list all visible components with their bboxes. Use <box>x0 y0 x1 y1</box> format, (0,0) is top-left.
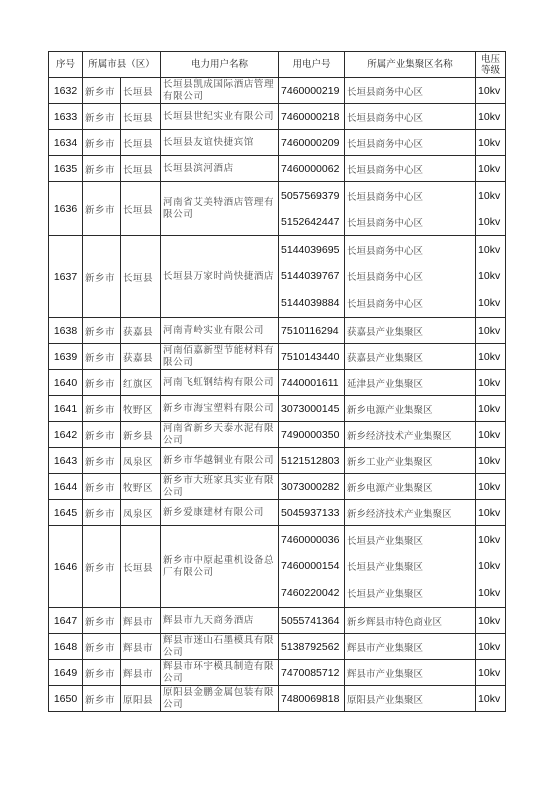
user-name-cell: 河南飞虹钢结构有限公司 <box>161 370 279 396</box>
user-name-cell: 辉县市九天商务酒店 <box>161 608 279 634</box>
voltage-value: 10kv <box>478 163 503 175</box>
voltage-value: 10kv <box>478 377 503 389</box>
seq-cell: 1645 <box>49 500 83 526</box>
voltage-value: 10kv <box>478 429 503 441</box>
voltage-value: 10kv <box>478 403 503 415</box>
zone-value: 长垣县商务中心区 <box>347 189 473 203</box>
account-value: 5144039884 <box>281 297 342 309</box>
city-cell: 新乡市 <box>83 318 121 344</box>
zone-cell: 新乡电源产业集聚区 <box>345 474 476 500</box>
city-cell: 新乡市 <box>83 156 121 182</box>
zone-cell: 长垣县商务中心区 <box>345 130 476 156</box>
account-value: 7460220042 <box>281 587 342 599</box>
user-name-cell: 新乡市大班家具实业有限公司 <box>161 474 279 500</box>
table-row: 1639新乡市获嘉县河南佰嘉新型节能材料有限公司7510143440获嘉县产业集… <box>49 344 506 370</box>
voltage-cell: 10kv <box>476 422 506 448</box>
seq-cell: 1648 <box>49 634 83 660</box>
zone-cell: 长垣县商务中心区长垣县商务中心区长垣县商务中心区 <box>345 236 476 318</box>
header-row: 序号 所属市县（区） 电力用户名称 用电户号 所属产业集聚区名称 电压等级 <box>49 52 506 78</box>
voltage-cell: 10kv10kv <box>476 182 506 236</box>
county-cell: 长垣县 <box>121 526 161 608</box>
county-cell: 获嘉县 <box>121 318 161 344</box>
city-cell: 新乡市 <box>83 526 121 608</box>
zone-value: 获嘉县产业集聚区 <box>347 324 473 338</box>
account-value: 7460000154 <box>281 560 342 572</box>
table-row: 1643新乡市凤泉区新乡市华越铜业有限公司5121512803新乡工业产业集聚区… <box>49 448 506 474</box>
city-cell: 新乡市 <box>83 422 121 448</box>
voltage-value: 10kv <box>478 325 503 337</box>
table-row: 1647新乡市辉县市辉县市九天商务酒店5055741364新乡辉县市特色商业区1… <box>49 608 506 634</box>
voltage-value: 10kv <box>478 481 503 493</box>
user-name-cell: 新乡市海宝塑料有限公司 <box>161 396 279 422</box>
zone-cell: 延津县产业集聚区 <box>345 370 476 396</box>
table-body: 1632新乡市长垣县长垣县凯成国际酒店管理有限公司7460000219长垣县商务… <box>49 78 506 712</box>
city-cell: 新乡市 <box>83 104 121 130</box>
account-cell: 3073000282 <box>279 474 345 500</box>
account-value: 3073000145 <box>281 403 342 415</box>
seq-cell: 1636 <box>49 182 83 236</box>
zone-value: 长垣县商务中心区 <box>347 110 473 124</box>
seq-cell: 1638 <box>49 318 83 344</box>
zone-cell: 新乡经济技术产业集聚区 <box>345 500 476 526</box>
account-value: 5045937133 <box>281 507 342 519</box>
voltage-value: 10kv <box>478 507 503 519</box>
account-cell: 7460000218 <box>279 104 345 130</box>
county-cell: 长垣县 <box>121 156 161 182</box>
voltage-cell: 10kv <box>476 474 506 500</box>
seq-cell: 1635 <box>49 156 83 182</box>
user-name-cell: 长垣县友谊快捷宾馆 <box>161 130 279 156</box>
county-cell: 牧野区 <box>121 474 161 500</box>
zone-cell: 新乡经济技术产业集聚区 <box>345 422 476 448</box>
account-cell: 50575693795152642447 <box>279 182 345 236</box>
seq-cell: 1650 <box>49 686 83 712</box>
city-cell: 新乡市 <box>83 686 121 712</box>
zone-cell: 长垣县商务中心区 <box>345 78 476 104</box>
voltage-value: 10kv <box>478 244 503 256</box>
city-cell: 新乡市 <box>83 130 121 156</box>
account-cell: 7460000219 <box>279 78 345 104</box>
user-name-cell: 长垣县凯成国际酒店管理有限公司 <box>161 78 279 104</box>
table-row: 1646新乡市长垣县新乡市中原起重机设备总厂有限公司74600000367460… <box>49 526 506 608</box>
seq-cell: 1647 <box>49 608 83 634</box>
voltage-cell: 10kv10kv10kv <box>476 526 506 608</box>
seq-cell: 1644 <box>49 474 83 500</box>
voltage-cell: 10kv <box>476 396 506 422</box>
county-cell: 凤泉区 <box>121 500 161 526</box>
user-name-cell: 新乡市中原起重机设备总厂有限公司 <box>161 526 279 608</box>
voltage-cell: 10kv <box>476 500 506 526</box>
zone-cell: 新乡工业产业集聚区 <box>345 448 476 474</box>
zone-value: 长垣县商务中心区 <box>347 215 473 229</box>
account-cell: 7460000209 <box>279 130 345 156</box>
zone-value: 新乡经济技术产业集聚区 <box>347 428 473 442</box>
zone-cell: 长垣县商务中心区 <box>345 156 476 182</box>
voltage-value: 10kv <box>478 190 503 202</box>
voltage-value: 10kv <box>478 641 503 653</box>
user-name-cell: 原阳县金鹏金属包装有限公司 <box>161 686 279 712</box>
table-row: 1645新乡市凤泉区新乡爱康建材有限公司5045937133新乡经济技术产业集聚… <box>49 500 506 526</box>
voltage-value: 10kv <box>478 455 503 467</box>
seq-cell: 1634 <box>49 130 83 156</box>
account-value: 7460000219 <box>281 85 342 97</box>
account-value: 5144039767 <box>281 270 342 282</box>
zone-value: 新乡辉县市特色商业区 <box>347 614 473 628</box>
city-cell: 新乡市 <box>83 608 121 634</box>
user-name-cell: 长垣县万家时尚快捷酒店 <box>161 236 279 318</box>
zone-value: 延津县产业集聚区 <box>347 376 473 390</box>
zone-value: 原阳县产业集聚区 <box>347 692 473 706</box>
zone-value: 长垣县商务中心区 <box>347 136 473 150</box>
account-cell: 7510116294 <box>279 318 345 344</box>
county-cell: 新乡县 <box>121 422 161 448</box>
zone-cell: 新乡辉县市特色商业区 <box>345 608 476 634</box>
voltage-value: 10kv <box>478 85 503 97</box>
voltage-value: 10kv <box>478 270 503 282</box>
table-row: 1648新乡市辉县市辉县市迷山石墨模具有限公司5138792562辉县市产业集聚… <box>49 634 506 660</box>
header-zone: 所属产业集聚区名称 <box>345 52 476 78</box>
voltage-value: 10kv <box>478 111 503 123</box>
account-value: 3073000282 <box>281 481 342 493</box>
table-row: 1638新乡市获嘉县河南青岭实业有限公司7510116294获嘉县产业集聚区10… <box>49 318 506 344</box>
user-name-cell: 长垣县世纪实业有限公司 <box>161 104 279 130</box>
user-name-cell: 长垣县滨河酒店 <box>161 156 279 182</box>
zone-cell: 获嘉县产业集聚区 <box>345 344 476 370</box>
account-cell: 5121512803 <box>279 448 345 474</box>
user-name-cell: 辉县市环宇模具制造有限公司 <box>161 660 279 686</box>
table-row: 1634新乡市长垣县长垣县友谊快捷宾馆7460000209长垣县商务中心区10k… <box>49 130 506 156</box>
header-seq: 序号 <box>49 52 83 78</box>
seq-cell: 1646 <box>49 526 83 608</box>
account-cell: 5055741364 <box>279 608 345 634</box>
table-row: 1641新乡市牧野区新乡市海宝塑料有限公司3073000145新乡电源产业集聚区… <box>49 396 506 422</box>
account-cell: 7440001611 <box>279 370 345 396</box>
city-cell: 新乡市 <box>83 448 121 474</box>
zone-value: 长垣县商务中心区 <box>347 84 473 98</box>
seq-cell: 1637 <box>49 236 83 318</box>
zone-value: 长垣县产业集聚区 <box>347 559 473 573</box>
county-cell: 红旗区 <box>121 370 161 396</box>
account-value: 5144039695 <box>281 244 342 256</box>
voltage-cell: 10kv <box>476 344 506 370</box>
county-cell: 长垣县 <box>121 104 161 130</box>
zone-value: 长垣县商务中心区 <box>347 296 473 310</box>
account-cell: 5138792562 <box>279 634 345 660</box>
table-row: 1637新乡市长垣县长垣县万家时尚快捷酒店5144039695514403976… <box>49 236 506 318</box>
county-cell: 长垣县 <box>121 236 161 318</box>
voltage-value: 10kv <box>478 667 503 679</box>
account-cell: 3073000145 <box>279 396 345 422</box>
city-cell: 新乡市 <box>83 660 121 686</box>
account-value: 7510143440 <box>281 351 342 363</box>
voltage-value: 10kv <box>478 216 503 228</box>
voltage-cell: 10kv <box>476 78 506 104</box>
voltage-value: 10kv <box>478 587 503 599</box>
account-cell: 7490000350 <box>279 422 345 448</box>
zone-value: 辉县市产业集聚区 <box>347 666 473 680</box>
header-voltage: 电压等级 <box>476 52 506 78</box>
zone-cell: 辉县市产业集聚区 <box>345 634 476 660</box>
account-value: 7460000036 <box>281 534 342 546</box>
city-cell: 新乡市 <box>83 396 121 422</box>
voltage-cell: 10kv10kv10kv <box>476 236 506 318</box>
city-cell: 新乡市 <box>83 500 121 526</box>
seq-cell: 1633 <box>49 104 83 130</box>
county-cell: 辉县市 <box>121 634 161 660</box>
power-users-table: 序号 所属市县（区） 电力用户名称 用电户号 所属产业集聚区名称 电压等级 16… <box>48 51 506 712</box>
seq-cell: 1643 <box>49 448 83 474</box>
zone-value: 长垣县商务中心区 <box>347 243 473 257</box>
city-cell: 新乡市 <box>83 182 121 236</box>
account-cell: 7470085712 <box>279 660 345 686</box>
account-value: 5138792562 <box>281 641 342 653</box>
county-cell: 长垣县 <box>121 182 161 236</box>
account-value: 5121512803 <box>281 455 342 467</box>
city-cell: 新乡市 <box>83 344 121 370</box>
account-value: 7460000218 <box>281 111 342 123</box>
voltage-cell: 10kv <box>476 634 506 660</box>
header-account: 用电户号 <box>279 52 345 78</box>
voltage-value: 10kv <box>478 560 503 572</box>
account-cell: 746000003674600001547460220042 <box>279 526 345 608</box>
zone-value: 辉县市产业集聚区 <box>347 640 473 654</box>
account-value: 7470085712 <box>281 667 342 679</box>
account-value: 7460000209 <box>281 137 342 149</box>
table-row: 1640新乡市红旗区河南飞虹钢结构有限公司7440001611延津县产业集聚区1… <box>49 370 506 396</box>
voltage-value: 10kv <box>478 615 503 627</box>
seq-cell: 1649 <box>49 660 83 686</box>
county-cell: 辉县市 <box>121 660 161 686</box>
voltage-value: 10kv <box>478 351 503 363</box>
zone-cell: 长垣县产业集聚区长垣县产业集聚区长垣县产业集聚区 <box>345 526 476 608</box>
zone-value: 长垣县产业集聚区 <box>347 586 473 600</box>
county-cell: 凤泉区 <box>121 448 161 474</box>
user-name-cell: 河南省新乡天泰水泥有限公司 <box>161 422 279 448</box>
voltage-cell: 10kv <box>476 104 506 130</box>
zone-value: 长垣县商务中心区 <box>347 162 473 176</box>
voltage-value: 10kv <box>478 534 503 546</box>
zone-value: 获嘉县产业集聚区 <box>347 350 473 364</box>
voltage-value: 10kv <box>478 137 503 149</box>
city-cell: 新乡市 <box>83 370 121 396</box>
table-row: 1635新乡市长垣县长垣县滨河酒店7460000062长垣县商务中心区10kv <box>49 156 506 182</box>
zone-value: 新乡工业产业集聚区 <box>347 454 473 468</box>
table-row: 1633新乡市长垣县长垣县世纪实业有限公司7460000218长垣县商务中心区1… <box>49 104 506 130</box>
voltage-cell: 10kv <box>476 608 506 634</box>
account-value: 5152642447 <box>281 216 342 228</box>
county-cell: 长垣县 <box>121 130 161 156</box>
table-row: 1649新乡市辉县市辉县市环宇模具制造有限公司7470085712辉县市产业集聚… <box>49 660 506 686</box>
header-region: 所属市县（区） <box>83 52 161 78</box>
account-value: 5057569379 <box>281 190 342 202</box>
seq-cell: 1632 <box>49 78 83 104</box>
account-cell: 7460000062 <box>279 156 345 182</box>
voltage-value: 10kv <box>478 297 503 309</box>
voltage-cell: 10kv <box>476 318 506 344</box>
zone-value: 新乡经济技术产业集聚区 <box>347 506 473 520</box>
zone-value: 新乡电源产业集聚区 <box>347 402 473 416</box>
zone-cell: 获嘉县产业集聚区 <box>345 318 476 344</box>
user-name-cell: 新乡爱康建材有限公司 <box>161 500 279 526</box>
county-cell: 辉县市 <box>121 608 161 634</box>
city-cell: 新乡市 <box>83 634 121 660</box>
user-name-cell: 河南佰嘉新型节能材料有限公司 <box>161 344 279 370</box>
user-name-cell: 河南青岭实业有限公司 <box>161 318 279 344</box>
account-value: 7490000350 <box>281 429 342 441</box>
zone-value: 新乡电源产业集聚区 <box>347 480 473 494</box>
zone-cell: 长垣县商务中心区 <box>345 104 476 130</box>
seq-cell: 1640 <box>49 370 83 396</box>
zone-cell: 辉县市产业集聚区 <box>345 660 476 686</box>
county-cell: 获嘉县 <box>121 344 161 370</box>
voltage-value: 10kv <box>478 693 503 705</box>
county-cell: 原阳县 <box>121 686 161 712</box>
account-value: 7510116294 <box>281 325 342 337</box>
user-name-cell: 新乡市华越铜业有限公司 <box>161 448 279 474</box>
county-cell: 长垣县 <box>121 78 161 104</box>
zone-cell: 长垣县商务中心区长垣县商务中心区 <box>345 182 476 236</box>
account-value: 7440001611 <box>281 377 342 389</box>
header-user-name: 电力用户名称 <box>161 52 279 78</box>
voltage-cell: 10kv <box>476 130 506 156</box>
voltage-cell: 10kv <box>476 686 506 712</box>
account-value: 5055741364 <box>281 615 342 627</box>
city-cell: 新乡市 <box>83 474 121 500</box>
county-cell: 牧野区 <box>121 396 161 422</box>
seq-cell: 1639 <box>49 344 83 370</box>
voltage-cell: 10kv <box>476 370 506 396</box>
account-value: 7480069818 <box>281 693 342 705</box>
table-row: 1642新乡市新乡县河南省新乡天泰水泥有限公司7490000350新乡经济技术产… <box>49 422 506 448</box>
user-name-cell: 辉县市迷山石墨模具有限公司 <box>161 634 279 660</box>
zone-cell: 新乡电源产业集聚区 <box>345 396 476 422</box>
voltage-cell: 10kv <box>476 660 506 686</box>
table-row: 1650新乡市原阳县原阳县金鹏金属包装有限公司7480069818原阳县产业集聚… <box>49 686 506 712</box>
seq-cell: 1641 <box>49 396 83 422</box>
city-cell: 新乡市 <box>83 236 121 318</box>
zone-cell: 原阳县产业集聚区 <box>345 686 476 712</box>
city-cell: 新乡市 <box>83 78 121 104</box>
account-value: 7460000062 <box>281 163 342 175</box>
seq-cell: 1642 <box>49 422 83 448</box>
table-row: 1636新乡市长垣县河南省艾美特酒店管理有限公司5057569379515264… <box>49 182 506 236</box>
voltage-cell: 10kv <box>476 448 506 474</box>
zone-value: 长垣县商务中心区 <box>347 269 473 283</box>
user-name-cell: 河南省艾美特酒店管理有限公司 <box>161 182 279 236</box>
voltage-cell: 10kv <box>476 156 506 182</box>
zone-value: 长垣县产业集聚区 <box>347 533 473 547</box>
account-cell: 514403969551440397675144039884 <box>279 236 345 318</box>
account-cell: 5045937133 <box>279 500 345 526</box>
account-cell: 7510143440 <box>279 344 345 370</box>
table-row: 1644新乡市牧野区新乡市大班家具实业有限公司3073000282新乡电源产业集… <box>49 474 506 500</box>
table-row: 1632新乡市长垣县长垣县凯成国际酒店管理有限公司7460000219长垣县商务… <box>49 78 506 104</box>
account-cell: 7480069818 <box>279 686 345 712</box>
